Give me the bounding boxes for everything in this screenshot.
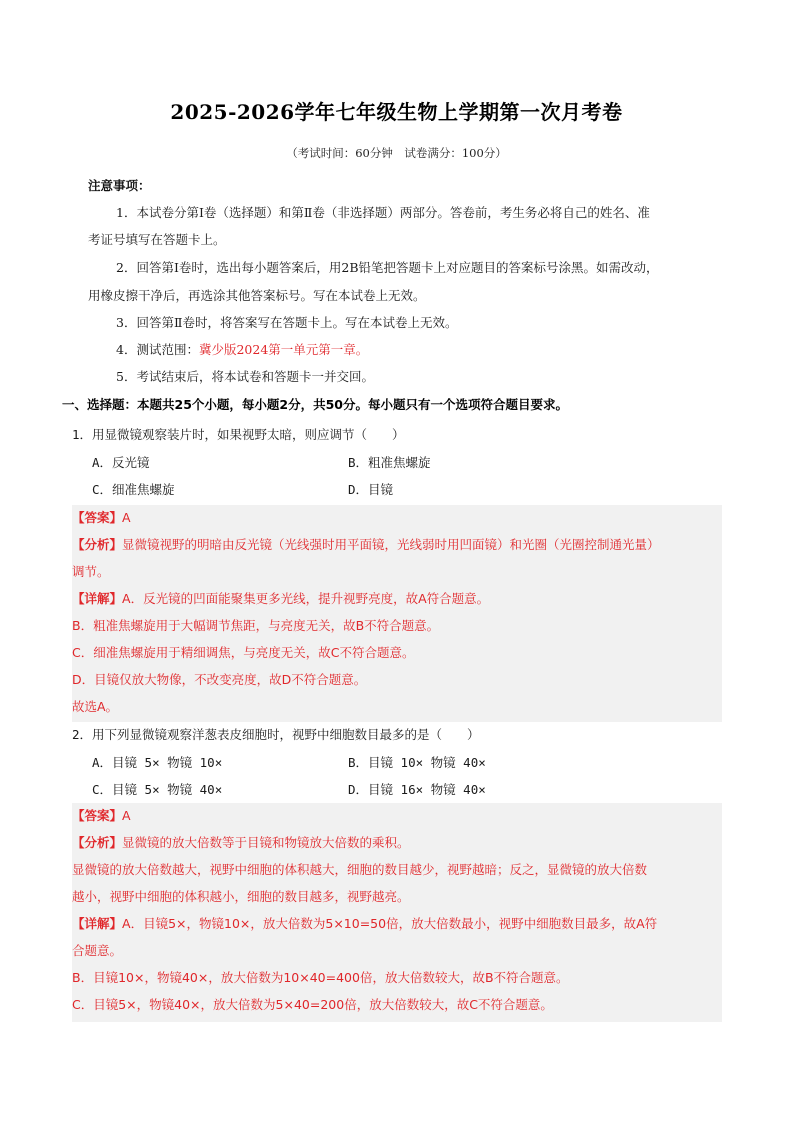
question-2-stem: 2．用下列显微镜观察洋葱表皮细胞时，视野中细胞数目最多的是（ ）: [72, 725, 480, 743]
section-heading: 一、选择题：本题共25个小题，每小题2分，共50分。每小题只有一个选项符合题目要…: [62, 395, 568, 413]
exam-title: 2025-2026学年七年级生物上学期第一次月考卷: [0, 96, 793, 125]
question-2-detail-line-1: 【详解】A．目镜5×，物镜10×，放大倍数为5×10=50倍，放大倍数最小，视野…: [72, 914, 657, 932]
question-1-option-b: B．粗准焦螺旋: [348, 453, 431, 471]
question-1-analysis-line-2: 调节。: [72, 562, 110, 580]
answer-tag: 【答案】: [72, 510, 122, 525]
question-2-detail-line-3: B．目镜10×，物镜40×，放大倍数为10×40=400倍，放大倍数较大，故B不…: [72, 968, 569, 986]
analysis-tag: 【分析】: [72, 537, 122, 552]
question-2-analysis-line-3: 越小，视野中细胞的体积越小，细胞的数目越多，视野越亮。: [72, 887, 410, 905]
detail-tag: 【详解】: [72, 591, 122, 606]
question-1-detail-line-1: 【详解】A．反光镜的凹面能聚集更多光线，提升视野亮度，故A符合题意。: [72, 589, 489, 607]
detail-tag: 【详解】: [72, 916, 122, 931]
note-5: 5．考试结束后，将本试卷和答题卡一并交回。: [116, 367, 374, 385]
note-1-line-1: 1．本试卷分第Ⅰ卷（选择题）和第Ⅱ卷（非选择题）两部分。答卷前，考生务必将自己的…: [116, 203, 650, 221]
analysis-tag: 【分析】: [72, 835, 122, 850]
analysis-text: 显微镜的放大倍数等于目镜和物镜放大倍数的乘积。: [122, 835, 410, 850]
question-1-detail-line-3: C．细准焦螺旋用于精细调焦，与亮度无关，故C不符合题意。: [72, 643, 414, 661]
test-scope: 冀少版2024第一单元第一章。: [199, 342, 368, 357]
question-2-detail-line-4: C．目镜5×，物镜40×，放大倍数为5×40=200倍，放大倍数较大，故C不符合…: [72, 995, 553, 1013]
question-1-option-a: A．反光镜: [92, 453, 150, 471]
question-2-option-d: D．目镜 16× 物镜 40×: [348, 780, 486, 798]
analysis-text: 显微镜视野的明暗由反光镜（光线强时用平面镜，光线弱时用凹面镜）和光圈（光圈控制通…: [122, 537, 660, 552]
question-2-option-a: A．目镜 5× 物镜 10×: [92, 753, 222, 771]
answer-tag: 【答案】: [72, 808, 122, 823]
question-1-analysis-line-1: 【分析】显微镜视野的明暗由反光镜（光线强时用平面镜，光线弱时用凹面镜）和光圈（光…: [72, 535, 660, 553]
notes-heading: 注意事项：: [88, 176, 151, 194]
question-1-answer: 【答案】A: [72, 508, 131, 526]
note-2-line-2: 用橡皮擦干净后，再选涂其他答案标号。写在本试卷上无效。: [88, 286, 426, 304]
answer-value: A: [122, 510, 131, 525]
answer-value: A: [122, 808, 131, 823]
exam-subtitle: （考试时间：60分钟 试卷满分：100分）: [0, 145, 793, 161]
question-2-answer: 【答案】A: [72, 806, 131, 824]
note-4: 4．测试范围：冀少版2024第一单元第一章。: [116, 340, 368, 358]
question-1-detail-line-2: B．粗准焦螺旋用于大幅调节焦距，与亮度无关，故B不符合题意。: [72, 616, 439, 634]
question-1-option-d: D．目镜: [348, 480, 393, 498]
question-2-analysis-line-1: 【分析】显微镜的放大倍数等于目镜和物镜放大倍数的乘积。: [72, 833, 410, 851]
detail-text: A．反光镜的凹面能聚集更多光线，提升视野亮度，故A符合题意。: [122, 591, 489, 606]
note-3: 3．回答第Ⅱ卷时，将答案写在答题卡上。写在本试卷上无效。: [116, 313, 457, 331]
question-1-stem: 1．用显微镜观察装片时，如果视野太暗，则应调节（ ）: [72, 425, 405, 443]
question-1-option-c: C．细准焦螺旋: [92, 480, 175, 498]
note-1-line-2: 考证号填写在答题卡上。: [88, 230, 226, 248]
note-4-prefix: 4．测试范围：: [116, 342, 199, 357]
question-2-option-b: B．目镜 10× 物镜 40×: [348, 753, 486, 771]
question-2-option-c: C．目镜 5× 物镜 40×: [92, 780, 222, 798]
detail-text: A．目镜5×，物镜10×，放大倍数为5×10=50倍，放大倍数最小，视野中细胞数…: [122, 916, 657, 931]
question-2-detail-line-2: 合题意。: [72, 941, 122, 959]
question-1-conclusion: 故选A。: [72, 697, 118, 715]
question-2-analysis-line-2: 显微镜的放大倍数越大，视野中细胞的体积越大，细胞的数目越少，视野越暗；反之，显微…: [72, 860, 647, 878]
question-1-detail-line-4: D．目镜仅放大物像，不改变亮度，故D不符合题意。: [72, 670, 366, 688]
note-2-line-1: 2．回答第Ⅰ卷时，选出每小题答案后，用2B铅笔把答题卡上对应题目的答案标号涂黑。…: [116, 258, 659, 276]
